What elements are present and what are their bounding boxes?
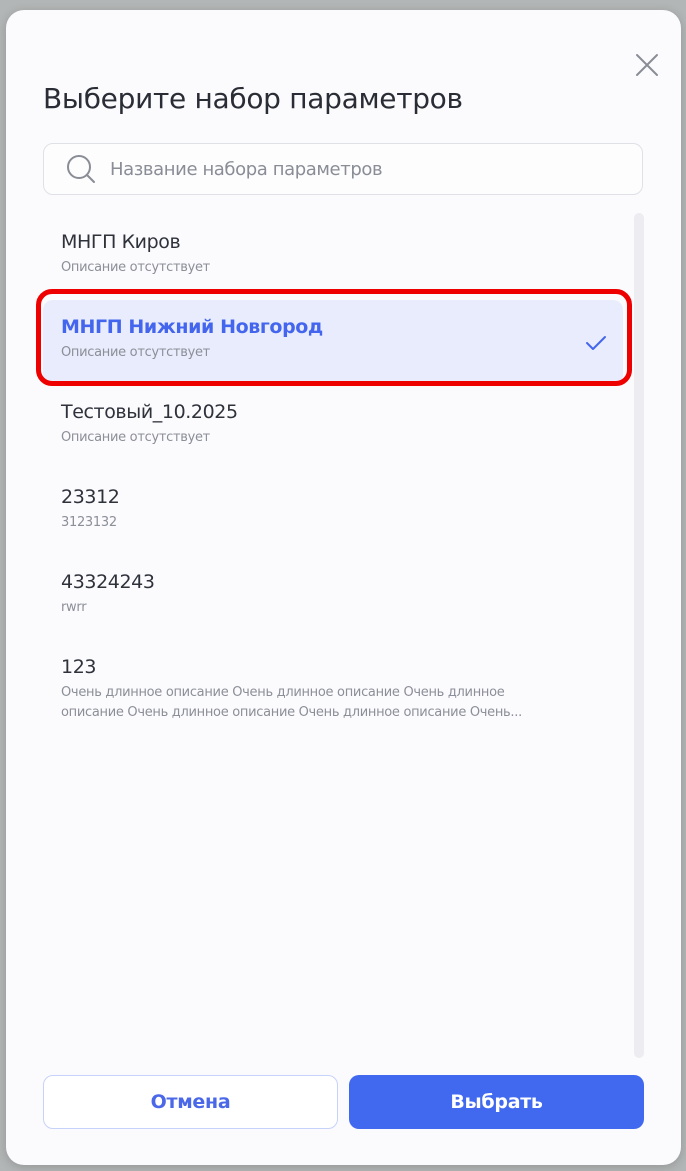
item-name: МНГП Нижний Новгород xyxy=(61,316,605,338)
search-icon xyxy=(64,152,98,186)
list-item[interactable]: МНГП Киров Описание отсутствует xyxy=(43,215,623,300)
item-description: Описание отсутствует xyxy=(61,343,605,363)
list-item[interactable]: 43324243 rwrr xyxy=(43,555,623,640)
list-item[interactable]: 123 Очень длинное описание Очень длинное… xyxy=(43,640,623,725)
cancel-button[interactable]: Отмена xyxy=(43,1075,338,1129)
item-description: rwrr xyxy=(61,598,605,618)
parameter-set-list: МНГП Киров Описание отсутствует МНГП Ниж… xyxy=(43,215,623,725)
list-item-selected[interactable]: МНГП Нижний Новгород Описание отсутствуе… xyxy=(43,300,623,385)
item-name: МНГП Киров xyxy=(61,231,605,253)
dialog-title: Выберите набор параметров xyxy=(43,82,463,115)
select-button[interactable]: Выбрать xyxy=(349,1075,644,1129)
item-name: 43324243 xyxy=(61,571,605,593)
checkmark-icon xyxy=(585,334,607,352)
list-item[interactable]: Тестовый_10.2025 Описание отсутствует xyxy=(43,385,623,470)
item-description: Очень длинное описание Очень длинное опи… xyxy=(61,683,561,723)
item-description: 3123132 xyxy=(61,513,605,533)
item-name: 23312 xyxy=(61,486,605,508)
list-scrollbar[interactable] xyxy=(634,213,644,1058)
item-name: 123 xyxy=(61,656,605,678)
list-item[interactable]: 23312 3123132 xyxy=(43,470,623,555)
item-name: Тестовый_10.2025 xyxy=(61,401,605,423)
search-input[interactable] xyxy=(108,158,642,181)
close-icon[interactable] xyxy=(632,50,662,80)
item-description: Описание отсутствует xyxy=(61,258,605,278)
item-description: Описание отсутствует xyxy=(61,428,605,448)
search-field[interactable] xyxy=(43,143,643,195)
